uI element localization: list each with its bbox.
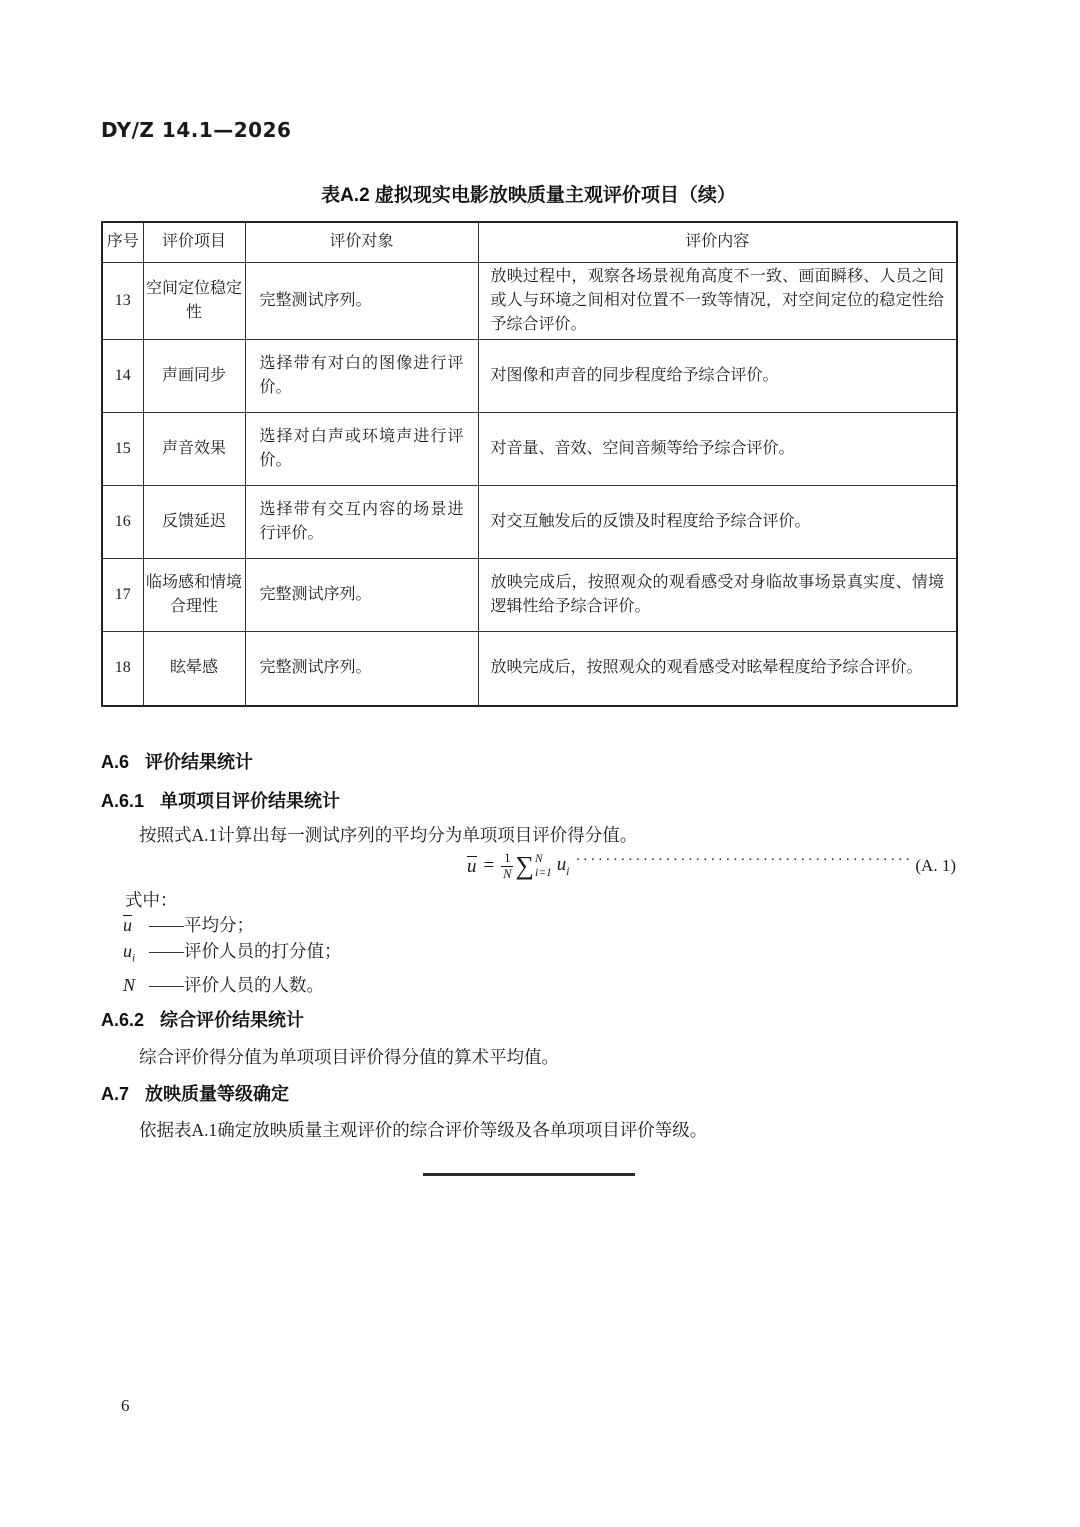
symbol-u-bar: u bbox=[123, 915, 132, 935]
cell-item: 空间定位稳定性 bbox=[143, 262, 245, 339]
section-title: 单项项目评价结果统计 bbox=[160, 791, 340, 811]
symbol-n: N bbox=[123, 975, 135, 995]
definition-u-i: ui——评价人员的打分值； bbox=[123, 938, 956, 972]
sum-operator: ∑ bbox=[515, 853, 534, 879]
cell-item: 声画同步 bbox=[143, 339, 245, 412]
table-row: 16 反馈延迟 选择带有交互内容的场景进行评价。 对交互触发后的反馈及时程度给予… bbox=[102, 485, 957, 558]
table-row: 14 声画同步 选择带有对白的图像进行评价。 对图像和声音的同步程度给予综合评价… bbox=[102, 339, 957, 412]
cell-target: 完整测试序列。 bbox=[245, 262, 478, 339]
formula-a1: u = 1 N ∑ N i=1 ui ·····················… bbox=[101, 848, 956, 884]
formula-term: ui bbox=[557, 854, 570, 878]
section-number: A.6 bbox=[101, 752, 129, 772]
dot-leader: ········································… bbox=[575, 852, 911, 869]
table-row: 18 眩晕感 完整测试序列。 放映完成后，按照观众的观看感受对眩晕程度给予综合评… bbox=[102, 631, 957, 706]
definition-text: ——平均分； bbox=[149, 915, 254, 935]
header-cell-content: 评价内容 bbox=[478, 222, 957, 262]
section-number: A.6.2 bbox=[101, 1010, 144, 1030]
section-title: 综合评价结果统计 bbox=[160, 1010, 304, 1030]
term-base: u bbox=[557, 854, 567, 875]
paragraph-a61: 按照式A.1计算出每一测试序列的平均分为单项项目评价得分值。 bbox=[101, 822, 956, 848]
cell-no: 17 bbox=[102, 558, 143, 631]
definition-n: N——评价人员的人数。 bbox=[123, 972, 956, 998]
header-cell-target: 评价对象 bbox=[245, 222, 478, 262]
symbol-u-subscript: i bbox=[132, 953, 135, 965]
section-number: A.6.1 bbox=[101, 791, 144, 811]
section-title: 放映质量等级确定 bbox=[145, 1084, 289, 1104]
evaluation-table: 序号 评价项目 评价对象 评价内容 13 空间定位稳定性 完整测试序列。 放映过… bbox=[101, 221, 958, 707]
document-page: DY/Z 14.1—2026 表A.2 虚拟现实电影放映质量主观评价项目（续） … bbox=[0, 0, 1080, 1527]
definition-text: ——评价人员的人数。 bbox=[149, 975, 324, 995]
page-content: DY/Z 14.1—2026 表A.2 虚拟现实电影放映质量主观评价项目（续） … bbox=[101, 0, 956, 1176]
formula-u-bar: u bbox=[467, 856, 477, 877]
doc-code: DY/Z 14.1—2026 bbox=[101, 119, 956, 141]
table-row: 13 空间定位稳定性 完整测试序列。 放映过程中，观察各场景视角高度不一致、画面… bbox=[102, 262, 957, 339]
cell-content: 对音量、音效、空间音频等给予综合评价。 bbox=[478, 412, 957, 485]
table-title: 表A.2 虚拟现实电影放映质量主观评价项目（续） bbox=[101, 184, 956, 208]
cell-no: 18 bbox=[102, 631, 143, 706]
cell-no: 13 bbox=[102, 262, 143, 339]
end-of-document-rule bbox=[423, 1173, 635, 1176]
cell-item: 声音效果 bbox=[143, 412, 245, 485]
cell-target: 完整测试序列。 bbox=[245, 631, 478, 706]
table-row: 15 声音效果 选择对白声或环境声进行评价。 对音量、音效、空间音频等给予综合评… bbox=[102, 412, 957, 485]
section-heading-a62: A.6.2综合评价结果统计 bbox=[101, 1008, 956, 1032]
cell-item: 临场感和情境合理性 bbox=[143, 558, 245, 631]
section-heading-a6: A.6评价结果统计 bbox=[101, 750, 956, 774]
sum-lower-limit: i=1 bbox=[535, 866, 552, 880]
sum-limits: N i=1 bbox=[535, 852, 552, 881]
cell-content: 对图像和声音的同步程度给予综合评价。 bbox=[478, 339, 957, 412]
section-heading-a7: A.7放映质量等级确定 bbox=[101, 1082, 956, 1106]
cell-no: 14 bbox=[102, 339, 143, 412]
fraction-numerator: 1 bbox=[501, 851, 513, 866]
definition-u-bar: u——平均分； bbox=[123, 912, 956, 938]
cell-content: 放映过程中，观察各场景视角高度不一致、画面瞬移、人员之间或人与环境之间相对位置不… bbox=[478, 262, 957, 339]
cell-content: 对交互触发后的反馈及时程度给予综合评价。 bbox=[478, 485, 957, 558]
sum-upper-limit: N bbox=[535, 852, 552, 866]
cell-target: 选择对白声或环境声进行评价。 bbox=[245, 412, 478, 485]
symbol-u: u bbox=[123, 941, 132, 961]
cell-no: 16 bbox=[102, 485, 143, 558]
cell-content: 放映完成后，按照观众的观看感受对眩晕程度给予综合评价。 bbox=[478, 631, 957, 706]
cell-target: 选择带有对白的图像进行评价。 bbox=[245, 339, 478, 412]
page-number: 6 bbox=[121, 1396, 130, 1416]
table-row: 17 临场感和情境合理性 完整测试序列。 放映完成后，按照观众的观看感受对身临故… bbox=[102, 558, 957, 631]
table-header-row: 序号 评价项目 评价对象 评价内容 bbox=[102, 222, 957, 262]
where-label: 式中： bbox=[101, 888, 956, 912]
cell-item: 反馈延迟 bbox=[143, 485, 245, 558]
section-number: A.7 bbox=[101, 1084, 129, 1104]
paragraph-a7: 依据表A.1确定放映质量主观评价的综合评价等级及各单项项目评价等级。 bbox=[101, 1117, 956, 1143]
cell-target: 选择带有交互内容的场景进行评价。 bbox=[245, 485, 478, 558]
cell-target: 完整测试序列。 bbox=[245, 558, 478, 631]
cell-content: 放映完成后，按照观众的观看感受对身临故事场景真实度、情境逻辑性给予综合评价。 bbox=[478, 558, 957, 631]
symbol-definitions: u——平均分； ui——评价人员的打分值； N——评价人员的人数。 bbox=[101, 912, 956, 998]
cell-item: 眩晕感 bbox=[143, 631, 245, 706]
section-heading-a61: A.6.1单项项目评价结果统计 bbox=[101, 789, 956, 813]
formula-number: (A. 1) bbox=[915, 856, 956, 876]
fraction-denominator: N bbox=[501, 867, 513, 881]
header-cell-no: 序号 bbox=[102, 222, 143, 262]
formula-equals: = bbox=[484, 855, 495, 877]
formula-fraction: 1 N bbox=[501, 851, 513, 881]
definition-text: ——评价人员的打分值； bbox=[149, 941, 342, 961]
section-title: 评价结果统计 bbox=[145, 752, 253, 772]
term-subscript: i bbox=[566, 866, 569, 878]
paragraph-a62: 综合评价得分值为单项项目评价得分值的算术平均值。 bbox=[101, 1044, 956, 1070]
header-cell-item: 评价项目 bbox=[143, 222, 245, 262]
cell-no: 15 bbox=[102, 412, 143, 485]
